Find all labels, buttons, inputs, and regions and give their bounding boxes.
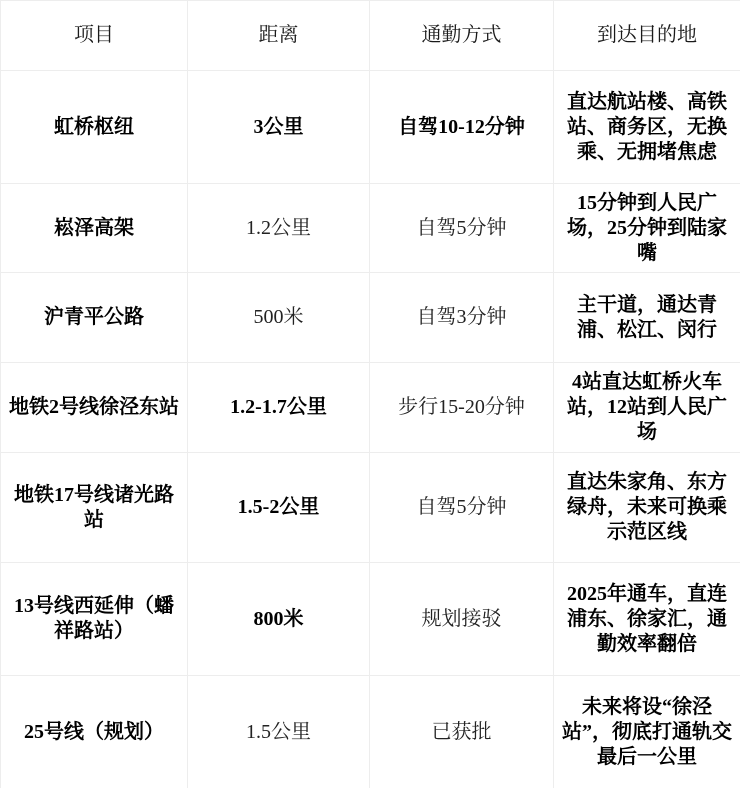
cell-destination: 4站直达虹桥火车站，12站到人民广场 bbox=[554, 363, 740, 453]
cell-commute: 自驾10-12分钟 bbox=[370, 71, 554, 184]
table-row: 25号线（规划） 1.5公里 已获批 未来将设“徐泾站”，彻底打通轨交最后一公里 bbox=[1, 676, 740, 788]
column-header-commute: 通勤方式 bbox=[370, 1, 554, 71]
cell-destination: 2025年通车，直连浦东、徐家汇，通勤效率翻倍 bbox=[554, 563, 740, 676]
column-header-project: 项目 bbox=[1, 1, 188, 71]
table-row: 虹桥枢纽 3公里 自驾10-12分钟 直达航站楼、高铁站、商务区，无换乘、无拥堵… bbox=[1, 71, 740, 184]
cell-distance: 1.2-1.7公里 bbox=[188, 363, 370, 453]
cell-destination: 主干道，通达青浦、松江、闵行 bbox=[554, 273, 740, 363]
cell-commute: 已获批 bbox=[370, 676, 554, 788]
column-header-destination: 到达目的地 bbox=[554, 1, 740, 71]
cell-project: 地铁17号线诸光路站 bbox=[1, 453, 188, 563]
cell-project: 虹桥枢纽 bbox=[1, 71, 188, 184]
cell-commute: 自驾5分钟 bbox=[370, 453, 554, 563]
cell-distance: 800米 bbox=[188, 563, 370, 676]
cell-commute: 规划接驳 bbox=[370, 563, 554, 676]
cell-distance: 500米 bbox=[188, 273, 370, 363]
cell-destination: 15分钟到人民广场，25分钟到陆家嘴 bbox=[554, 184, 740, 273]
commute-info-table: 项目 距离 通勤方式 到达目的地 虹桥枢纽 3公里 自驾10-12分钟 直达航站… bbox=[0, 0, 740, 788]
column-header-distance: 距离 bbox=[188, 1, 370, 71]
header-row: 项目 距离 通勤方式 到达目的地 bbox=[1, 1, 740, 71]
cell-project: 地铁2号线徐泾东站 bbox=[1, 363, 188, 453]
cell-commute: 自驾3分钟 bbox=[370, 273, 554, 363]
cell-commute: 自驾5分钟 bbox=[370, 184, 554, 273]
cell-commute: 步行15-20分钟 bbox=[370, 363, 554, 453]
cell-distance: 1.5-2公里 bbox=[188, 453, 370, 563]
table-row: 13号线西延伸（蟠祥路站） 800米 规划接驳 2025年通车，直连浦东、徐家汇… bbox=[1, 563, 740, 676]
table-row: 地铁2号线徐泾东站 1.2-1.7公里 步行15-20分钟 4站直达虹桥火车站，… bbox=[1, 363, 740, 453]
cell-project: 25号线（规划） bbox=[1, 676, 188, 788]
cell-destination: 直达航站楼、高铁站、商务区，无换乘、无拥堵焦虑 bbox=[554, 71, 740, 184]
cell-project: 崧泽高架 bbox=[1, 184, 188, 273]
cell-destination: 未来将设“徐泾站”，彻底打通轨交最后一公里 bbox=[554, 676, 740, 788]
cell-distance: 1.2公里 bbox=[188, 184, 370, 273]
table-row: 沪青平公路 500米 自驾3分钟 主干道，通达青浦、松江、闵行 bbox=[1, 273, 740, 363]
cell-project: 13号线西延伸（蟠祥路站） bbox=[1, 563, 188, 676]
table-row: 地铁17号线诸光路站 1.5-2公里 自驾5分钟 直达朱家角、东方绿舟，未来可换… bbox=[1, 453, 740, 563]
cell-distance: 1.5公里 bbox=[188, 676, 370, 788]
table-row: 崧泽高架 1.2公里 自驾5分钟 15分钟到人民广场，25分钟到陆家嘴 bbox=[1, 184, 740, 273]
cell-distance: 3公里 bbox=[188, 71, 370, 184]
cell-project: 沪青平公路 bbox=[1, 273, 188, 363]
cell-destination: 直达朱家角、东方绿舟，未来可换乘示范区线 bbox=[554, 453, 740, 563]
